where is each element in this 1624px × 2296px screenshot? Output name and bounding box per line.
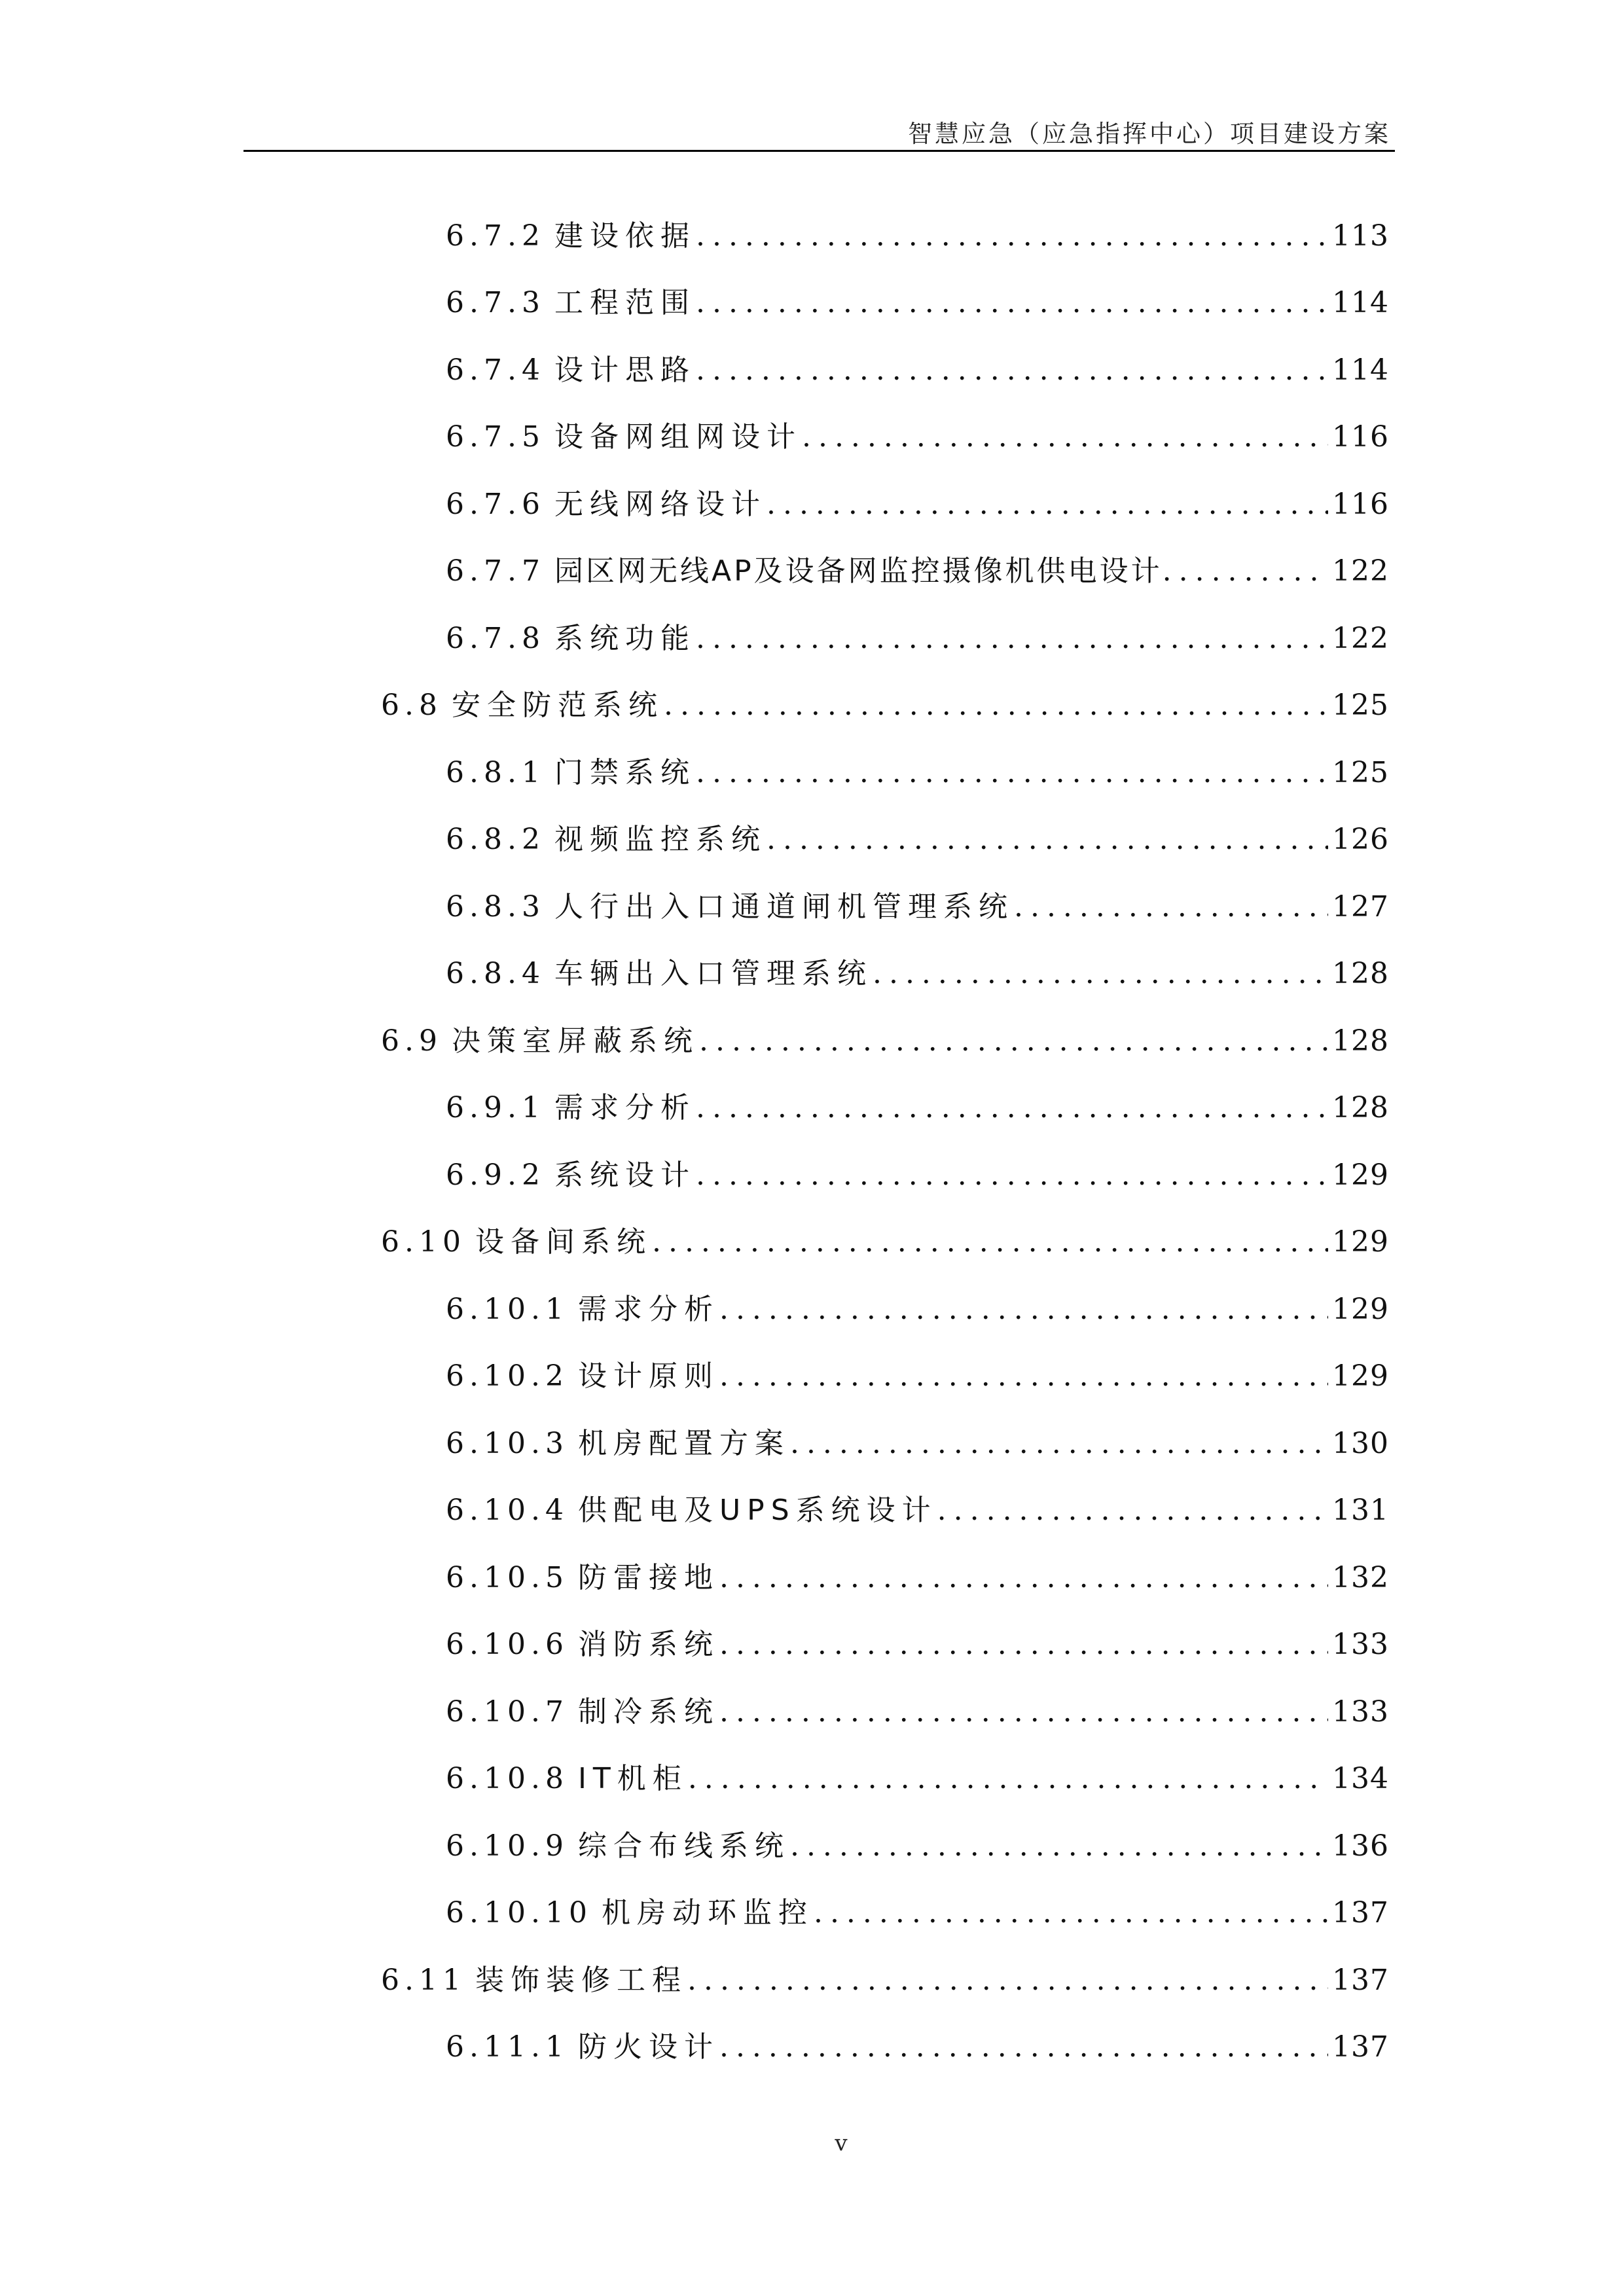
dot-leader (696, 753, 1328, 793)
toc-entry-title: 机房动环监控 (602, 1893, 814, 1933)
toc-entry-page: 113 (1332, 217, 1389, 256)
toc-entry-title: 设计原则 (578, 1357, 719, 1396)
page-header: 智慧应急（应急指挥中心）项目建设方案 (244, 110, 1395, 151)
toc-entry-title: 装饰装修工程 (475, 1961, 687, 2000)
dot-leader (696, 217, 1328, 256)
toc-entry-page: 136 (1332, 1827, 1389, 1866)
toc-entry[interactable]: 6.11.1 防火设计 137 (446, 2028, 1389, 2067)
toc-entry[interactable]: 6.7.8 系统功能 122 (446, 619, 1389, 658)
toc-entry-page: 133 (1332, 1693, 1389, 1732)
dot-leader (696, 619, 1328, 658)
toc-entry-title: 消防系统 (578, 1625, 719, 1664)
toc-entry-title: 无线网络设计 (554, 485, 767, 524)
toc-entry-number: 6.10.9 (446, 1827, 569, 1866)
toc-entry-number: 6.10.5 (446, 1558, 569, 1598)
dot-leader (1014, 888, 1328, 927)
toc-entry-page: 116 (1332, 418, 1389, 457)
toc-entry-title: 园区网无线AP及设备网监控摄像机供电设计 (554, 552, 1163, 591)
toc-entry[interactable]: 6.8.4 车辆出入口管理系统 128 (446, 954, 1389, 994)
toc-entry-title: 人行出入口通道闸机管理系统 (554, 888, 1014, 927)
toc-entry-number: 6.7.6 (446, 485, 545, 524)
toc-entry[interactable]: 6.10.6 消防系统 133 (446, 1625, 1389, 1664)
toc-entry-number: 6.9.2 (446, 1156, 545, 1195)
toc-entry[interactable]: 6.8 安全防范系统 125 (381, 686, 1389, 725)
toc-entry[interactable]: 6.10.9 综合布线系统 136 (446, 1827, 1389, 1866)
toc-entry-page: 137 (1332, 1893, 1389, 1933)
toc-entry-page: 137 (1332, 1961, 1389, 2000)
dot-leader (719, 2028, 1328, 2067)
toc-entry-number: 6.7.4 (446, 351, 545, 390)
toc-entry-page: 122 (1332, 552, 1389, 591)
toc-entry-number: 6.8.4 (446, 954, 545, 994)
toc-entry-title: 防雷接地 (578, 1558, 719, 1598)
toc-entry-title: IT机柜 (578, 1759, 688, 1799)
dot-leader (814, 1893, 1328, 1933)
toc-entry-page: 114 (1332, 283, 1389, 323)
toc-entry-number: 6.10 (381, 1223, 466, 1262)
toc-entry[interactable]: 6.10 设备间系统 129 (381, 1223, 1389, 1262)
toc-entry-number: 6.10.10 (446, 1893, 592, 1933)
toc-entry-number: 6.10.6 (446, 1625, 569, 1664)
dot-leader (699, 1022, 1328, 1061)
toc-entry-number: 6.10.8 (446, 1759, 569, 1799)
toc-entry-number: 6.10.4 (446, 1491, 569, 1530)
dot-leader (687, 1961, 1328, 2000)
toc-entry[interactable]: 6.8.3 人行出入口通道闸机管理系统 127 (446, 888, 1389, 927)
toc-entry-title: 门禁系统 (554, 753, 696, 793)
toc-entry[interactable]: 6.10.7 制冷系统 133 (446, 1693, 1389, 1732)
dot-leader (664, 686, 1328, 725)
toc-entry-page: 128 (1332, 954, 1389, 994)
toc-entry[interactable]: 6.7.6 无线网络设计 116 (446, 485, 1389, 524)
toc-entry[interactable]: 6.10.4 供配电及UPS系统设计 131 (446, 1491, 1389, 1530)
toc-entry-title: 设计思路 (554, 351, 696, 390)
dot-leader (696, 351, 1328, 390)
dot-leader (652, 1223, 1328, 1262)
dot-leader (767, 820, 1328, 859)
toc-entry-title: 综合布线系统 (578, 1827, 790, 1866)
toc-entry-page: 129 (1332, 1156, 1389, 1195)
toc-entry-page: 126 (1332, 820, 1389, 859)
toc-entry-page: 128 (1332, 1022, 1389, 1061)
toc-entry[interactable]: 6.9 决策室屏蔽系统 128 (381, 1022, 1389, 1061)
dot-leader (790, 1827, 1328, 1866)
toc-entry-title: 决策室屏蔽系统 (452, 1022, 699, 1061)
toc-entry-title: 安全防范系统 (452, 686, 664, 725)
toc-entry-number: 6.10.2 (446, 1357, 569, 1396)
dot-leader (790, 1424, 1328, 1463)
toc-entry[interactable]: 6.10.2 设计原则 129 (446, 1357, 1389, 1396)
toc-entry-number: 6.7.5 (446, 418, 545, 457)
toc-entry-number: 6.10.7 (446, 1693, 569, 1732)
toc-entry[interactable]: 6.7.2 建设依据 113 (446, 217, 1389, 256)
toc-entry-page: 114 (1332, 351, 1389, 390)
toc-entry-title: 需求分析 (554, 1088, 696, 1128)
toc-entry[interactable]: 6.9.1 需求分析 128 (446, 1088, 1389, 1128)
header-divider (244, 150, 1395, 152)
toc-entry-number: 6.9 (381, 1022, 442, 1061)
toc-entry-page: 116 (1332, 485, 1389, 524)
toc-entry[interactable]: 6.7.4 设计思路 114 (446, 351, 1389, 390)
toc-entry-page: 129 (1332, 1223, 1389, 1262)
dot-leader (719, 1357, 1328, 1396)
dot-leader (719, 1625, 1328, 1664)
toc-entry-title: 设备间系统 (475, 1223, 652, 1262)
toc-entry[interactable]: 6.10.8 IT机柜 134 (446, 1759, 1389, 1799)
toc-entry[interactable]: 6.7.7 园区网无线AP及设备网监控摄像机供电设计 122 (446, 552, 1389, 591)
toc-entry[interactable]: 6.7.3 工程范围 114 (446, 283, 1389, 323)
toc-entry-page: 134 (1332, 1759, 1389, 1799)
toc-entry[interactable]: 6.10.5 防雷接地 132 (446, 1558, 1389, 1598)
toc-entry-number: 6.8.2 (446, 820, 545, 859)
toc-entry-number: 6.7.3 (446, 283, 545, 323)
toc-entry-number: 6.7.7 (446, 552, 545, 591)
toc-entry-number: 6.7.8 (446, 619, 545, 658)
dot-leader (767, 485, 1328, 524)
toc-entry-number: 6.10.1 (446, 1290, 569, 1329)
toc-entry-title: 防火设计 (578, 2028, 719, 2067)
toc-entry-number: 6.7.2 (446, 217, 545, 256)
dot-leader (873, 954, 1328, 994)
toc-entry-page: 125 (1332, 753, 1389, 793)
toc-entry-number: 6.10.3 (446, 1424, 569, 1463)
page-number: v (825, 2130, 857, 2157)
toc-entry-page: 132 (1332, 1558, 1389, 1598)
toc-entry[interactable]: 6.7.5 设备网组网设计 116 (446, 418, 1389, 457)
document-title: 智慧应急（应急指挥中心）项目建设方案 (908, 114, 1391, 149)
toc-entry-title: 系统设计 (554, 1156, 696, 1195)
toc-entry-page: 129 (1332, 1357, 1389, 1396)
dot-leader (719, 1558, 1328, 1598)
toc-entry-page: 125 (1332, 686, 1389, 725)
toc-entry-title: 供配电及UPS系统设计 (578, 1491, 937, 1530)
toc-entry[interactable]: 6.9.2 系统设计 129 (446, 1156, 1389, 1195)
toc-entry[interactable]: 6.11 装饰装修工程 137 (381, 1961, 1389, 2000)
toc-entry-number: 6.9.1 (446, 1088, 545, 1128)
toc-entry[interactable]: 6.10.10 机房动环监控 137 (446, 1893, 1389, 1933)
dot-leader (719, 1290, 1328, 1329)
dot-leader (696, 1156, 1328, 1195)
toc-entry[interactable]: 6.8.1 门禁系统 125 (446, 753, 1389, 793)
toc-entry-title: 视频监控系统 (554, 820, 767, 859)
toc-entry-title: 工程范围 (554, 283, 696, 323)
toc-entry-title: 系统功能 (554, 619, 696, 658)
toc-entry-title: 设备网组网设计 (554, 418, 802, 457)
dot-leader (688, 1759, 1328, 1799)
toc-entry-number: 6.11 (381, 1961, 466, 2000)
toc-entry[interactable]: 6.10.3 机房配置方案 130 (446, 1424, 1389, 1463)
toc-entry-number: 6.8.1 (446, 753, 545, 793)
toc-entry[interactable]: 6.8.2 视频监控系统 126 (446, 820, 1389, 859)
dot-leader (1163, 552, 1328, 591)
dot-leader (802, 418, 1328, 457)
dot-leader (719, 1693, 1328, 1732)
toc-entry-page: 129 (1332, 1290, 1389, 1329)
toc-entry-number: 6.8 (381, 686, 442, 725)
toc-entry-page: 130 (1332, 1424, 1389, 1463)
toc-entry-page: 131 (1332, 1491, 1389, 1530)
toc-entry-page: 128 (1332, 1088, 1389, 1128)
toc-entry[interactable]: 6.10.1 需求分析 129 (446, 1290, 1389, 1329)
toc-entry-title: 需求分析 (578, 1290, 719, 1329)
toc-entry-page: 133 (1332, 1625, 1389, 1664)
dot-leader (937, 1491, 1328, 1530)
toc-entry-title: 机房配置方案 (578, 1424, 790, 1463)
dot-leader (696, 283, 1328, 323)
toc-entry-page: 122 (1332, 619, 1389, 658)
toc-entry-title: 建设依据 (554, 217, 696, 256)
toc-entry-page: 127 (1332, 888, 1389, 927)
toc-entry-number: 6.8.3 (446, 888, 545, 927)
toc-entry-title: 制冷系统 (578, 1693, 719, 1732)
toc-entry-title: 车辆出入口管理系统 (554, 954, 873, 994)
toc-entry-page: 137 (1332, 2028, 1389, 2067)
dot-leader (696, 1088, 1328, 1128)
toc-entry-number: 6.11.1 (446, 2028, 569, 2067)
